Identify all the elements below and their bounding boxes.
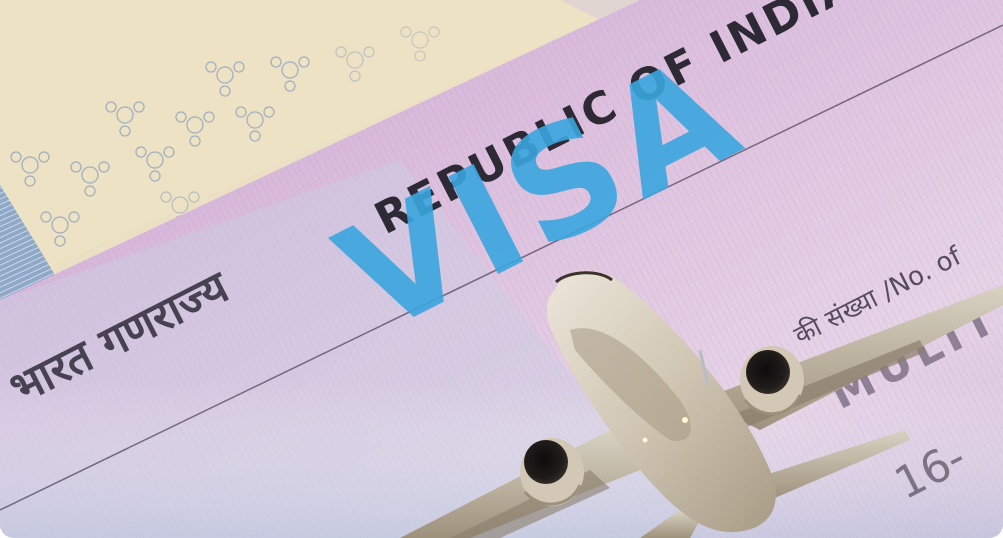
- visa-airplane-photo: REPUBLIC OF INDIA भारत गणराज्य VISA की स…: [0, 0, 1003, 538]
